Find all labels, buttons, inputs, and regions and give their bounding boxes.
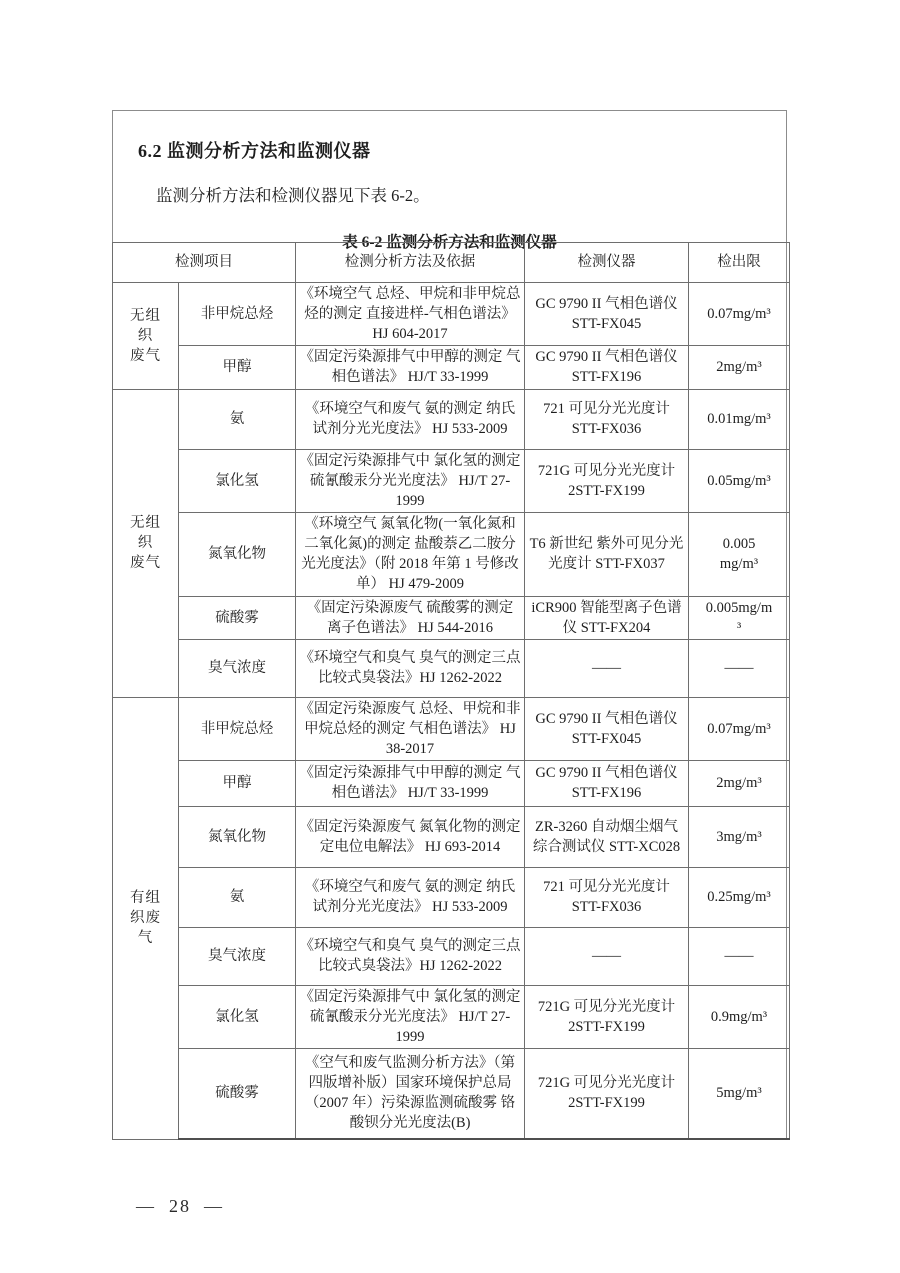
instrument-cell: 721G 可见分光光度计 2STT-FX199 — [525, 1048, 689, 1139]
header-method: 检测分析方法及依据 — [296, 242, 525, 282]
limit-cell: 0.9mg/m³ — [689, 985, 790, 1048]
limit-cell: 0.005mg/m ³ — [689, 596, 790, 639]
instrument-cell: GC 9790 II 气相色谱仪 STT-FX196 — [525, 345, 689, 389]
limit-cell: —— — [689, 927, 790, 985]
method-cell: 《环境空气 氮氧化物(一氧化氮和二氧化氮)的测定 盐酸萘乙二胺分光光度法》（附 … — [296, 512, 525, 596]
table-row: 氮氧化物 《固定污染源废气 氮氧化物的测定 定电位电解法》 HJ 693-201… — [113, 806, 790, 867]
table-row: 无组 织 废气 氨 《环境空气和废气 氨的测定 纳氏试剂分光光度法》 HJ 53… — [113, 389, 790, 449]
method-cell: 《固定污染源废气 硫酸雾的测定 离子色谱法》 HJ 544-2016 — [296, 596, 525, 639]
instrument-cell: T6 新世纪 紫外可见分光光度计 STT-FX037 — [525, 512, 689, 596]
table-row: 无组 织 废气 非甲烷总烃 《环境空气 总烃、甲烷和非甲烷总烃的测定 直接进样-… — [113, 282, 790, 345]
table-row: 硫酸雾 《固定污染源废气 硫酸雾的测定 离子色谱法》 HJ 544-2016 i… — [113, 596, 790, 639]
method-cell: 《环境空气和臭气 臭气的测定三点比较式臭袋法》HJ 1262-2022 — [296, 927, 525, 985]
table-row: 有组 织废 气 非甲烷总烃 《固定污染源废气 总烃、甲烷和非甲烷总烃的测定 气相… — [113, 697, 790, 760]
item-cell: 硫酸雾 — [179, 1048, 296, 1139]
table-row: 甲醇 《固定污染源排气中甲醇的测定 气相色谱法》 HJ/T 33-1999 GC… — [113, 760, 790, 806]
section-heading: 6.2 监测分析方法和监测仪器 — [138, 137, 786, 163]
header-item: 检测项目 — [113, 242, 296, 282]
table-row: 氨 《环境空气和废气 氨的测定 纳氏试剂分光光度法》 HJ 533-2009 7… — [113, 867, 790, 927]
limit-cell: 0.25mg/m³ — [689, 867, 790, 927]
method-cell: 《固定污染源废气 总烃、甲烷和非甲烷总烃的测定 气相色谱法》 HJ 38-201… — [296, 697, 525, 760]
instrument-cell: GC 9790 II 气相色谱仪 STT-FX045 — [525, 697, 689, 760]
method-cell: 《固定污染源排气中 氯化氢的测定硫氰酸汞分光光度法》 HJ/T 27-1999 — [296, 449, 525, 512]
monitoring-methods-table: 检测项目 检测分析方法及依据 检测仪器 检出限 无组 织 废气 非甲烷总烃 《环… — [112, 242, 790, 1141]
item-cell: 氮氧化物 — [179, 806, 296, 867]
instrument-cell: GC 9790 II 气相色谱仪 STT-FX045 — [525, 282, 689, 345]
limit-cell: 2mg/m³ — [689, 345, 790, 389]
limit-cell: 0.07mg/m³ — [689, 697, 790, 760]
limit-cell: 2mg/m³ — [689, 760, 790, 806]
method-cell: 《固定污染源废气 氮氧化物的测定 定电位电解法》 HJ 693-2014 — [296, 806, 525, 867]
method-cell: 《固定污染源排气中甲醇的测定 气相色谱法》 HJ/T 33-1999 — [296, 345, 525, 389]
instrument-cell: 721 可见分光光度计 STT-FX036 — [525, 389, 689, 449]
header-instrument: 检测仪器 — [525, 242, 689, 282]
limit-cell: —— — [689, 639, 790, 697]
table-row: 臭气浓度 《环境空气和臭气 臭气的测定三点比较式臭袋法》HJ 1262-2022… — [113, 927, 790, 985]
instrument-cell: 721 可见分光光度计 STT-FX036 — [525, 867, 689, 927]
method-cell: 《空气和废气监测分析方法》（第四版增补版）国家环境保护总局（2007 年）污染源… — [296, 1048, 525, 1139]
limit-cell: 0.005 mg/m³ — [689, 512, 790, 596]
method-cell: 《固定污染源排气中甲醇的测定 气相色谱法》 HJ/T 33-1999 — [296, 760, 525, 806]
table-row: 甲醇 《固定污染源排气中甲醇的测定 气相色谱法》 HJ/T 33-1999 GC… — [113, 345, 790, 389]
group-label-fugitive-1: 无组 织 废气 — [113, 282, 179, 389]
item-cell: 臭气浓度 — [179, 639, 296, 697]
table-row: 硫酸雾 《空气和废气监测分析方法》（第四版增补版）国家环境保护总局（2007 年… — [113, 1048, 790, 1139]
content-frame: 6.2 监测分析方法和监测仪器 监测分析方法和检测仪器见下表 6-2。 表 6-… — [112, 110, 787, 1140]
instrument-cell: 721G 可见分光光度计 2STT-FX199 — [525, 985, 689, 1048]
instrument-cell: iCR900 智能型离子色谱仪 STT-FX204 — [525, 596, 689, 639]
item-cell: 非甲烷总烃 — [179, 697, 296, 760]
item-cell: 氮氧化物 — [179, 512, 296, 596]
table-header-row: 检测项目 检测分析方法及依据 检测仪器 检出限 — [113, 242, 790, 282]
table-row: 氯化氢 《固定污染源排气中 氯化氢的测定硫氰酸汞分光光度法》 HJ/T 27-1… — [113, 449, 790, 512]
group-label-organized: 有组 织废 气 — [113, 697, 179, 1139]
page-number: — 28 — — [136, 1196, 224, 1217]
group-label-fugitive-2: 无组 织 废气 — [113, 389, 179, 697]
table-row: 氯化氢 《固定污染源排气中 氯化氢的测定硫氰酸汞分光光度法》 HJ/T 27-1… — [113, 985, 790, 1048]
table-row: 臭气浓度 《环境空气和臭气 臭气的测定三点比较式臭袋法》HJ 1262-2022… — [113, 639, 790, 697]
method-cell: 《环境空气 总烃、甲烷和非甲烷总烃的测定 直接进样-气相色谱法》 HJ 604-… — [296, 282, 525, 345]
item-cell: 甲醇 — [179, 345, 296, 389]
item-cell: 氯化氢 — [179, 985, 296, 1048]
method-cell: 《环境空气和废气 氨的测定 纳氏试剂分光光度法》 HJ 533-2009 — [296, 867, 525, 927]
limit-cell: 5mg/m³ — [689, 1048, 790, 1139]
limit-cell: 0.07mg/m³ — [689, 282, 790, 345]
item-cell: 臭气浓度 — [179, 927, 296, 985]
item-cell: 甲醇 — [179, 760, 296, 806]
table-row: 氮氧化物 《环境空气 氮氧化物(一氧化氮和二氧化氮)的测定 盐酸萘乙二胺分光光度… — [113, 512, 790, 596]
limit-cell: 0.01mg/m³ — [689, 389, 790, 449]
item-cell: 非甲烷总烃 — [179, 282, 296, 345]
intro-paragraph: 监测分析方法和检测仪器见下表 6-2。 — [156, 182, 786, 206]
limit-cell: 0.05mg/m³ — [689, 449, 790, 512]
item-cell: 硫酸雾 — [179, 596, 296, 639]
instrument-cell: —— — [525, 927, 689, 985]
method-cell: 《环境空气和臭气 臭气的测定三点比较式臭袋法》HJ 1262-2022 — [296, 639, 525, 697]
instrument-cell: ZR-3260 自动烟尘烟气综合测试仪 STT-XC028 — [525, 806, 689, 867]
method-cell: 《环境空气和废气 氨的测定 纳氏试剂分光光度法》 HJ 533-2009 — [296, 389, 525, 449]
item-cell: 氨 — [179, 389, 296, 449]
instrument-cell: —— — [525, 639, 689, 697]
method-cell: 《固定污染源排气中 氯化氢的测定硫氰酸汞分光光度法》 HJ/T 27-1999 — [296, 985, 525, 1048]
limit-cell: 3mg/m³ — [689, 806, 790, 867]
instrument-cell: 721G 可见分光光度计 2STT-FX199 — [525, 449, 689, 512]
item-cell: 氯化氢 — [179, 449, 296, 512]
item-cell: 氨 — [179, 867, 296, 927]
instrument-cell: GC 9790 II 气相色谱仪 STT-FX196 — [525, 760, 689, 806]
header-limit: 检出限 — [689, 242, 790, 282]
